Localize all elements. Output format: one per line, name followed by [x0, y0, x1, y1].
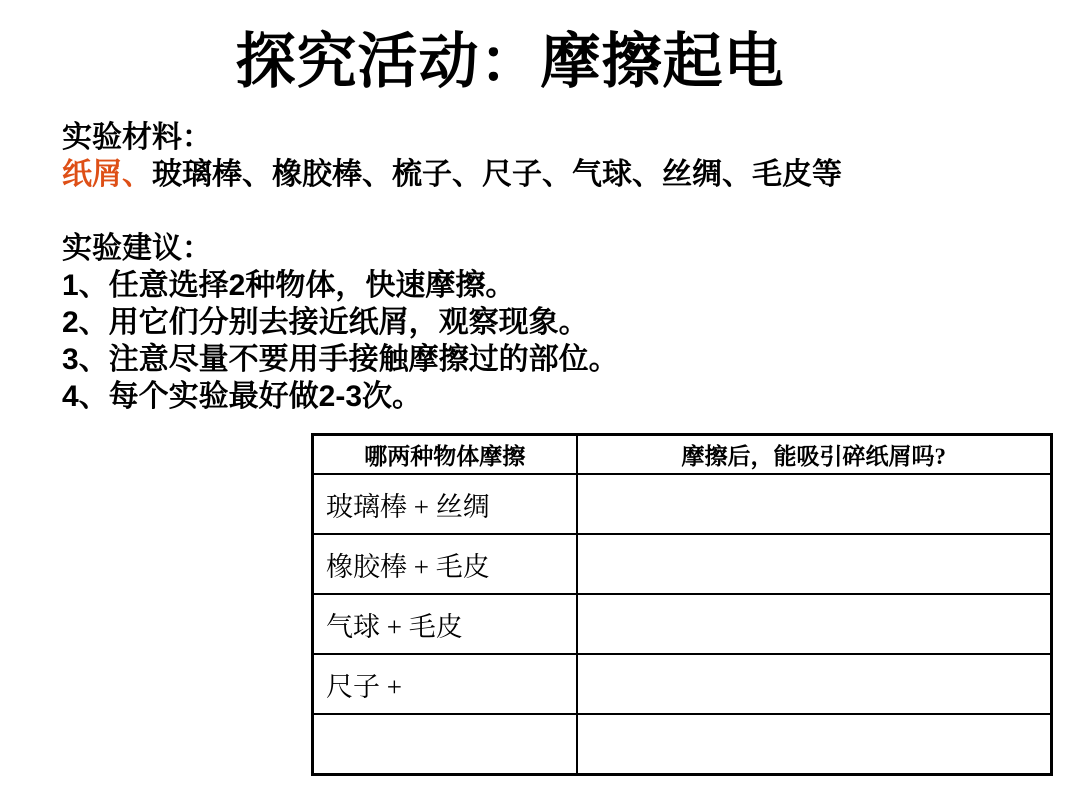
slide: 探究活动：摩擦起电 实验材料： 纸屑、玻璃棒、橡胶棒、梳子、尺子、气球、丝绸、毛…: [0, 0, 1080, 810]
result-cell: [577, 654, 1052, 714]
table-row: 玻璃棒 + 丝绸: [313, 474, 1052, 534]
table-row: 尺子 +: [313, 654, 1052, 714]
suggestion-item-3: 3、注意尽量不要用手接触摩擦过的部位。: [62, 341, 842, 378]
result-cell: [577, 594, 1052, 654]
suggestion-item-1: 1、任意选择2种物体，快速摩擦。: [62, 267, 842, 304]
table-header-objects: 哪两种物体摩擦: [313, 435, 577, 475]
blank-line: [62, 193, 842, 230]
slide-title: 探究活动：摩擦起电: [0, 26, 1050, 98]
materials-highlight: 纸屑、: [62, 158, 152, 191]
objects-cell: 玻璃棒 + 丝绸: [313, 474, 577, 534]
table-row: 橡胶棒 + 毛皮: [313, 534, 1052, 594]
materials-heading: 实验材料：: [62, 119, 842, 156]
suggestion-item-2: 2、用它们分别去接近纸屑，观察现象。: [62, 304, 842, 341]
suggestions-heading: 实验建议：: [62, 230, 842, 267]
result-cell: [577, 534, 1052, 594]
table-header-result: 摩擦后，能吸引碎纸屑吗?: [577, 435, 1052, 475]
materials-rest: 玻璃棒、橡胶棒、梳子、尺子、气球、丝绸、毛皮等: [152, 158, 842, 191]
suggestion-item-4: 4、每个实验最好做2-3次。: [62, 378, 842, 415]
table-row: [313, 714, 1052, 774]
table-row: 气球 + 毛皮: [313, 594, 1052, 654]
result-cell: [577, 474, 1052, 534]
objects-cell: [313, 714, 577, 774]
table-header-row: 哪两种物体摩擦 摩擦后，能吸引碎纸屑吗?: [313, 435, 1052, 475]
experiment-table: 哪两种物体摩擦 摩擦后，能吸引碎纸屑吗? 玻璃棒 + 丝绸 橡胶棒 + 毛皮 气…: [311, 433, 1053, 776]
materials-line: 纸屑、玻璃棒、橡胶棒、梳子、尺子、气球、丝绸、毛皮等: [62, 156, 842, 193]
objects-cell: 橡胶棒 + 毛皮: [313, 534, 577, 594]
objects-cell: 气球 + 毛皮: [313, 594, 577, 654]
result-cell: [577, 714, 1052, 774]
objects-cell: 尺子 +: [313, 654, 577, 714]
body-text-block: 实验材料： 纸屑、玻璃棒、橡胶棒、梳子、尺子、气球、丝绸、毛皮等 实验建议： 1…: [62, 119, 842, 415]
